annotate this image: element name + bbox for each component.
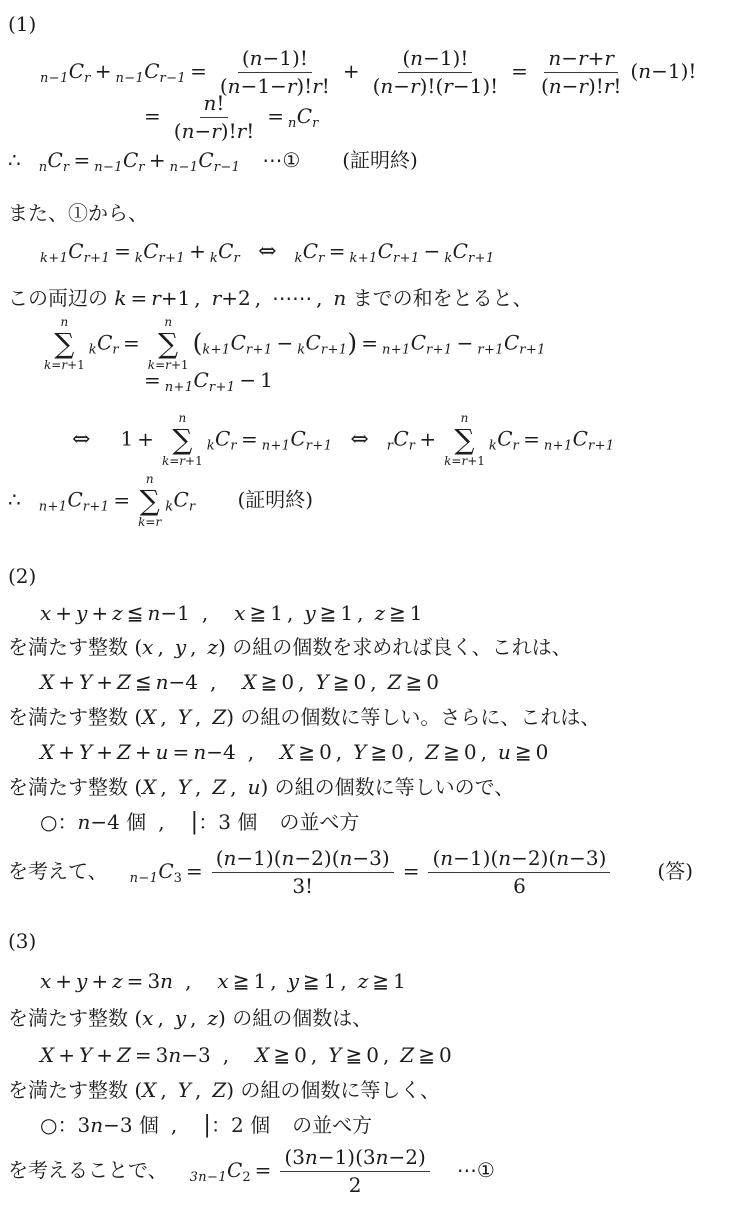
math-token: , bbox=[195, 1078, 201, 1102]
math-token: r bbox=[237, 119, 247, 143]
math-token: + bbox=[137, 427, 154, 451]
math-token: −1)! bbox=[651, 59, 696, 83]
math-token: ! bbox=[246, 119, 254, 143]
math-token: − bbox=[194, 119, 211, 143]
math-token: k bbox=[165, 500, 173, 515]
math-token: の組の個数に等しく、 bbox=[234, 1078, 440, 1102]
math-token: C bbox=[290, 427, 305, 451]
math-token: r bbox=[233, 251, 240, 266]
numerator: (3n−1)(3n−2) bbox=[280, 1145, 429, 1172]
math-token: −4 bbox=[169, 670, 198, 694]
numerator: (n−1)! bbox=[238, 46, 312, 73]
math-token: r bbox=[578, 74, 588, 98]
math-token: r+1 bbox=[519, 343, 546, 358]
math-token: n bbox=[204, 91, 217, 115]
math-token: C bbox=[411, 331, 426, 355]
math-token: ) bbox=[347, 329, 357, 358]
math-token: ○ bbox=[40, 810, 57, 834]
math-token: n bbox=[410, 46, 423, 70]
math-token: ) bbox=[218, 635, 226, 659]
math-token: , bbox=[195, 705, 201, 729]
math-token: n bbox=[548, 46, 561, 70]
math-token: n bbox=[224, 846, 237, 870]
math-token: ≧ bbox=[405, 670, 422, 694]
math-token: ⋯⋯ bbox=[272, 286, 312, 310]
sum-lower-limit: k=r+1 bbox=[44, 359, 85, 372]
math-token: k bbox=[89, 343, 97, 358]
math-token: u bbox=[156, 740, 169, 764]
math-token: , bbox=[157, 1006, 163, 1030]
math-token: u bbox=[498, 740, 511, 764]
math-token: = bbox=[241, 427, 258, 451]
math-token: n bbox=[305, 1145, 318, 1169]
math-token: ≦ bbox=[135, 670, 152, 694]
math-token: の組の個数に等しいので、 bbox=[268, 775, 514, 799]
math-token: z bbox=[374, 601, 385, 625]
math-token: y bbox=[76, 969, 87, 993]
eq-xyz-3n: x+y+z=3n,x≧1,y≧1,z≧1 bbox=[0, 965, 736, 997]
eq-XYZu-equation: X+Y+Z+u=n−4,X≧0,Y≧0,Z≧0,u≧0 bbox=[0, 736, 736, 768]
math-token: n+1 bbox=[382, 343, 411, 358]
math-token: C bbox=[198, 148, 213, 172]
math-token: 1 bbox=[253, 969, 266, 993]
math-token: z bbox=[207, 1006, 218, 1030]
math-token: , bbox=[230, 775, 236, 799]
math-token: , bbox=[357, 601, 363, 625]
eq-pascal-row1: n−1Cr+n−1Cr−1=(n−1)!(n−1−r)!r!+(n−1)!(n−… bbox=[0, 46, 736, 99]
math-token: X bbox=[40, 670, 54, 694]
section-2-label: (2) bbox=[0, 560, 736, 592]
math-token: , bbox=[160, 705, 166, 729]
math-token: 0 bbox=[319, 740, 332, 764]
math-token: ○ bbox=[40, 1113, 57, 1137]
math-token: k bbox=[207, 439, 215, 454]
math-token: n bbox=[182, 119, 195, 143]
math-token: Z bbox=[212, 1078, 226, 1102]
math-token: Y bbox=[316, 670, 329, 694]
denominator: (n−r)!r! bbox=[170, 118, 258, 144]
math-token: C bbox=[215, 427, 230, 451]
text-xyz-count: を満たす整数 (x,y,z) の組の個数を求めれば良く、これは、 bbox=[0, 631, 736, 663]
math-token: C bbox=[123, 148, 138, 172]
numerator: (n−1)(n−2)(n−3) bbox=[428, 846, 610, 873]
math-token: 0 bbox=[536, 740, 549, 764]
math-token: X bbox=[142, 775, 156, 799]
math-token: X bbox=[242, 670, 256, 694]
math-token: k+1 bbox=[202, 343, 230, 358]
numerator: (n−1)! bbox=[398, 46, 472, 73]
math-token: , bbox=[336, 740, 342, 764]
denominator: 2 bbox=[345, 1172, 366, 1198]
math-token: ⋯① bbox=[262, 148, 300, 172]
sum-lower-limit: k=r+1 bbox=[162, 455, 203, 468]
math-token: C bbox=[231, 331, 246, 355]
math-token: ⇔ bbox=[350, 427, 368, 452]
math-token: C bbox=[497, 427, 512, 451]
math-token: を考えることで、 bbox=[8, 1158, 168, 1182]
math-token: 3 bbox=[77, 1113, 90, 1137]
math-token: r bbox=[155, 515, 161, 529]
math-token: 0 bbox=[391, 740, 404, 764]
math-token: の組の個数を求めれば良く、これは、 bbox=[226, 635, 572, 659]
summation: n∑k=r bbox=[138, 473, 161, 529]
math-token: , bbox=[298, 670, 304, 694]
math-token: Z bbox=[388, 670, 402, 694]
text-XYZ-count-3: を満たす整数 (X,Y,Z) の組の個数に等しく、 bbox=[0, 1074, 736, 1106]
math-token: r bbox=[211, 119, 221, 143]
math-token: n bbox=[77, 810, 90, 834]
math-token: + bbox=[96, 670, 113, 694]
math-token: r bbox=[189, 500, 196, 515]
math-token: X bbox=[142, 705, 156, 729]
math-token: z bbox=[112, 969, 123, 993]
math-token: Z bbox=[117, 1043, 131, 1067]
math-token: ∴ bbox=[8, 488, 21, 512]
math-token: , bbox=[316, 286, 322, 310]
math-token: + bbox=[135, 740, 152, 764]
math-token: x bbox=[142, 635, 153, 659]
math-token: k bbox=[114, 286, 126, 310]
math-token: ( bbox=[134, 635, 142, 659]
math-token: C bbox=[48, 148, 63, 172]
math-token: 1 bbox=[260, 368, 273, 392]
math-token: ! bbox=[216, 91, 224, 115]
math-token: r+1 bbox=[588, 439, 615, 454]
math-token: までの和をとると、 bbox=[346, 286, 532, 310]
math-token: y bbox=[76, 601, 87, 625]
math-token: z bbox=[358, 969, 369, 993]
math-token: ≧ bbox=[273, 1043, 290, 1067]
math-token: + bbox=[55, 601, 72, 625]
math-token: r bbox=[409, 439, 416, 454]
math-token: (証明終) bbox=[237, 488, 313, 512]
math-token: = bbox=[73, 148, 90, 172]
math-token: ! bbox=[613, 74, 621, 98]
math-token: , bbox=[255, 286, 261, 310]
math-token: ( bbox=[134, 1006, 142, 1030]
sigma-symbol: ∑ bbox=[158, 329, 178, 359]
math-token: + bbox=[343, 59, 360, 83]
math-token: n−1 bbox=[94, 160, 123, 175]
math-token: C bbox=[297, 104, 312, 128]
math-token: ( bbox=[134, 1078, 142, 1102]
math-token: = bbox=[127, 969, 144, 993]
math-solution-document: (1) n−1Cr+n−1Cr−1=(n−1)!(n−1−r)!r!+(n−1)… bbox=[0, 0, 736, 1216]
math-token: −4 bbox=[206, 740, 235, 764]
math-token: , bbox=[190, 635, 196, 659]
math-token: n bbox=[340, 846, 353, 870]
math-token: n+1 bbox=[165, 380, 194, 395]
math-token: C bbox=[158, 859, 173, 883]
math-token: k bbox=[135, 251, 143, 266]
math-token: 3n−1 bbox=[190, 1170, 227, 1185]
math-token: r+1 bbox=[468, 251, 495, 266]
math-token: r+1 bbox=[393, 251, 420, 266]
math-token: ≧ bbox=[303, 969, 320, 993]
denominator: 6 bbox=[509, 873, 530, 899]
math-token: −1 bbox=[160, 601, 189, 625]
math-token: X bbox=[40, 1043, 54, 1067]
sum-lower-limit: k=r+1 bbox=[444, 455, 485, 468]
math-token: 2 bbox=[242, 1170, 250, 1185]
math-token: + bbox=[58, 740, 75, 764]
math-token: = bbox=[130, 286, 147, 310]
math-token: 1 bbox=[324, 969, 337, 993]
math-token: ≧ bbox=[389, 601, 406, 625]
math-token: (答) bbox=[657, 859, 693, 883]
math-token: 1 bbox=[410, 601, 423, 625]
math-token: 0 bbox=[426, 670, 439, 694]
math-token: = bbox=[523, 427, 540, 451]
math-token: Y bbox=[353, 740, 366, 764]
math-token: , bbox=[340, 969, 346, 993]
math-token: 0 bbox=[281, 670, 294, 694]
math-token: + bbox=[588, 46, 605, 70]
math-token: = bbox=[451, 454, 461, 468]
math-token: = bbox=[145, 515, 155, 529]
math-token: −3 bbox=[181, 1043, 210, 1067]
math-token: )!( bbox=[420, 74, 444, 98]
math-token: −1)( bbox=[236, 846, 281, 870]
math-token: C bbox=[69, 59, 84, 83]
math-token: Y bbox=[178, 705, 191, 729]
math-token: − bbox=[424, 239, 441, 263]
math-token: Y bbox=[79, 1043, 92, 1067]
math-token: −1)! bbox=[423, 46, 468, 70]
sigma-symbol: ∑ bbox=[455, 425, 475, 455]
math-token: −2)( bbox=[511, 846, 556, 870]
summation: n∑k=r+1 bbox=[444, 412, 485, 468]
math-token: この両辺の bbox=[8, 286, 114, 310]
math-token: ( bbox=[134, 705, 142, 729]
math-token: 3 bbox=[156, 1043, 169, 1067]
math-token: n bbox=[556, 846, 569, 870]
eq-pascal-conclusion: ∴nCr=n−1Cr+n−1Cr−1⋯①(証明終) bbox=[0, 144, 736, 184]
math-token: − bbox=[276, 331, 293, 355]
math-token: ( bbox=[174, 119, 182, 143]
math-token: n bbox=[147, 601, 160, 625]
text-sum-over-k: この両辺の k=r+1,r+2,⋯⋯,n までの和をとると、 bbox=[0, 282, 736, 314]
math-token: , bbox=[223, 1043, 229, 1067]
math-token: 0 bbox=[439, 1043, 452, 1067]
math-token: r+1 bbox=[83, 500, 110, 515]
math-token: C bbox=[174, 488, 189, 512]
math-token: を満たす整数 bbox=[8, 1006, 134, 1030]
math-token: = bbox=[51, 358, 61, 372]
math-token: r+1 bbox=[159, 251, 186, 266]
summation: n∑k=r+1 bbox=[44, 316, 85, 372]
math-token: | bbox=[203, 1112, 211, 1138]
math-token: 6 bbox=[513, 874, 526, 898]
math-token: r bbox=[604, 46, 614, 70]
math-token: C bbox=[573, 427, 588, 451]
denominator: (n−r)!(r−1)! bbox=[369, 73, 503, 99]
math-token: ∑ bbox=[172, 423, 192, 456]
math-token: ( bbox=[541, 74, 549, 98]
math-token: 個 bbox=[133, 1113, 159, 1137]
math-token: C bbox=[227, 1158, 242, 1182]
math-token: n bbox=[333, 286, 346, 310]
math-token: r bbox=[410, 74, 420, 98]
math-token: x bbox=[217, 969, 228, 993]
math-token: C bbox=[453, 239, 468, 263]
math-token: r bbox=[230, 439, 237, 454]
math-token: ：3 個 bbox=[198, 810, 257, 834]
math-token: ∑ bbox=[455, 423, 475, 456]
math-token: , bbox=[202, 601, 208, 625]
math-token: (1) bbox=[8, 12, 36, 36]
math-token: 1 bbox=[120, 427, 133, 451]
math-token: C bbox=[303, 239, 318, 263]
math-token: (証明終) bbox=[342, 148, 418, 172]
math-token: C bbox=[67, 488, 82, 512]
math-token: n bbox=[498, 846, 511, 870]
math-token: , bbox=[160, 775, 166, 799]
math-token: , bbox=[408, 740, 414, 764]
sigma-symbol: ∑ bbox=[54, 329, 74, 359]
numerator: n! bbox=[200, 91, 229, 118]
math-token: , bbox=[383, 1043, 389, 1067]
eq-shifted-identity: k+1Cr+1=kCr+1+kCr⇔kCr=k+1Cr+1−kCr+1 bbox=[0, 235, 736, 275]
math-token: +1 bbox=[185, 454, 203, 468]
math-token: ⇔ bbox=[72, 427, 90, 452]
math-token: 2 bbox=[349, 1173, 362, 1197]
math-token: , bbox=[248, 740, 254, 764]
math-token: = bbox=[135, 1043, 152, 1067]
math-token: を満たす整数 bbox=[8, 775, 134, 799]
math-token: n−1 bbox=[130, 871, 159, 886]
math-token: + bbox=[96, 1043, 113, 1067]
math-token: ( bbox=[193, 329, 203, 358]
math-token: k+1 bbox=[349, 251, 377, 266]
math-token: + bbox=[58, 1043, 75, 1067]
math-token: −4 bbox=[90, 810, 119, 834]
math-token: = bbox=[113, 488, 130, 512]
math-token: ∑ bbox=[140, 484, 160, 517]
math-token: r+1 bbox=[321, 343, 348, 358]
eq-XYZ-3n: X+Y+Z=3n−3,X≧0,Y≧0,Z≧0 bbox=[0, 1039, 736, 1071]
math-token: +1 bbox=[67, 358, 85, 372]
math-token: , bbox=[370, 670, 376, 694]
math-token: の並べ方 bbox=[292, 1113, 372, 1137]
math-token: ≧ bbox=[249, 601, 266, 625]
math-token: 0 bbox=[464, 740, 477, 764]
math-token: を満たす整数 bbox=[8, 1078, 134, 1102]
math-token: +1 bbox=[161, 286, 190, 310]
eq-equivalences: ⇔1+n∑k=r+1kCr=n+1Cr+1⇔rCr+n∑k=r+1kCr=n+1… bbox=[0, 412, 736, 468]
math-token: X bbox=[142, 1078, 156, 1102]
math-token: , bbox=[195, 775, 201, 799]
math-token: ≧ bbox=[372, 969, 389, 993]
sigma-symbol: ∑ bbox=[140, 486, 160, 516]
math-token: + bbox=[91, 969, 108, 993]
math-token: r bbox=[318, 251, 325, 266]
math-token: Y bbox=[79, 670, 92, 694]
math-token: C bbox=[194, 368, 209, 392]
numerator: (n−1)(n−2)(n−3) bbox=[212, 846, 394, 873]
math-token: を考えて、 bbox=[8, 859, 108, 883]
math-token: Z bbox=[212, 705, 226, 729]
math-token: + bbox=[58, 670, 75, 694]
numerator: n−r+r bbox=[544, 46, 618, 73]
math-token: + bbox=[95, 59, 112, 83]
math-token: Y bbox=[178, 1078, 191, 1102]
math-token: = bbox=[169, 454, 179, 468]
math-token: r bbox=[513, 439, 520, 454]
math-token: = bbox=[144, 104, 161, 128]
math-token: C bbox=[144, 59, 159, 83]
fraction: (n−1)!(n−r)!(r−1)! bbox=[369, 46, 503, 99]
math-token: z bbox=[112, 601, 123, 625]
math-token: 1 bbox=[393, 969, 406, 993]
math-token: Z bbox=[425, 740, 439, 764]
text-XYZu-count: を満たす整数 (X,Y,Z,u) の組の個数に等しいので、 bbox=[0, 771, 736, 803]
math-token: (3 bbox=[284, 1145, 305, 1169]
math-token: C bbox=[306, 331, 321, 355]
math-token: Y bbox=[328, 1043, 341, 1067]
math-token: ( bbox=[242, 46, 250, 70]
math-token: n bbox=[193, 740, 206, 764]
math-token: − bbox=[239, 368, 256, 392]
math-token: ≧ bbox=[320, 601, 337, 625]
math-token: −1)! bbox=[453, 74, 498, 98]
math-token: 個 bbox=[120, 810, 146, 834]
math-token: ≧ bbox=[443, 740, 460, 764]
math-token: , bbox=[311, 1043, 317, 1067]
math-token: Z bbox=[117, 740, 131, 764]
math-token: x bbox=[40, 601, 51, 625]
math-token: n bbox=[39, 160, 48, 175]
math-token: −2)( bbox=[294, 846, 339, 870]
math-token: + bbox=[96, 740, 113, 764]
math-token: −1)! bbox=[263, 46, 308, 70]
math-token: +1 bbox=[467, 454, 485, 468]
math-token: , bbox=[210, 670, 216, 694]
math-token: n+1 bbox=[39, 500, 68, 515]
math-token: r−1 bbox=[214, 160, 241, 175]
math-token: = bbox=[123, 331, 140, 355]
math-token: r bbox=[84, 71, 91, 86]
math-token: = bbox=[186, 859, 203, 883]
math-token: ( bbox=[134, 775, 142, 799]
math-token: 3 bbox=[147, 969, 160, 993]
math-token: , bbox=[160, 1078, 166, 1102]
math-token: ≧ bbox=[370, 740, 387, 764]
math-token: , bbox=[158, 810, 164, 834]
eq-xyz-inequality: x+y+z≦n−1,x≧1,y≧1,z≧1 bbox=[0, 597, 736, 629]
math-token: n bbox=[168, 1043, 181, 1067]
math-token: = bbox=[361, 331, 378, 355]
math-token: n bbox=[376, 1145, 389, 1169]
math-token: ) bbox=[226, 705, 234, 729]
math-token: 0 bbox=[366, 1043, 379, 1067]
denominator: (n−r)!r! bbox=[537, 73, 625, 99]
text-XYZ-count: を満たす整数 (X,Y,Z) の組の個数に等しい。さらに、これは、 bbox=[0, 701, 736, 733]
math-token: n bbox=[380, 74, 393, 98]
fraction: n−r+r(n−r)!r! bbox=[537, 46, 625, 99]
math-token: − bbox=[562, 74, 579, 98]
math-token: ≧ bbox=[333, 670, 350, 694]
math-token: r+1 bbox=[209, 380, 236, 395]
math-token: r+1 bbox=[426, 343, 453, 358]
math-token: (3) bbox=[8, 929, 36, 953]
math-token: の並べ方 bbox=[279, 810, 359, 834]
math-token: 3! bbox=[292, 874, 313, 898]
eq-hockey-stick-conclusion: ∴n+1Cr+1=n∑k=rkCr(証明終) bbox=[0, 473, 736, 529]
math-token: ：2 個 bbox=[211, 1113, 270, 1137]
math-token: = bbox=[255, 1158, 272, 1182]
math-token: ≧ bbox=[298, 740, 315, 764]
